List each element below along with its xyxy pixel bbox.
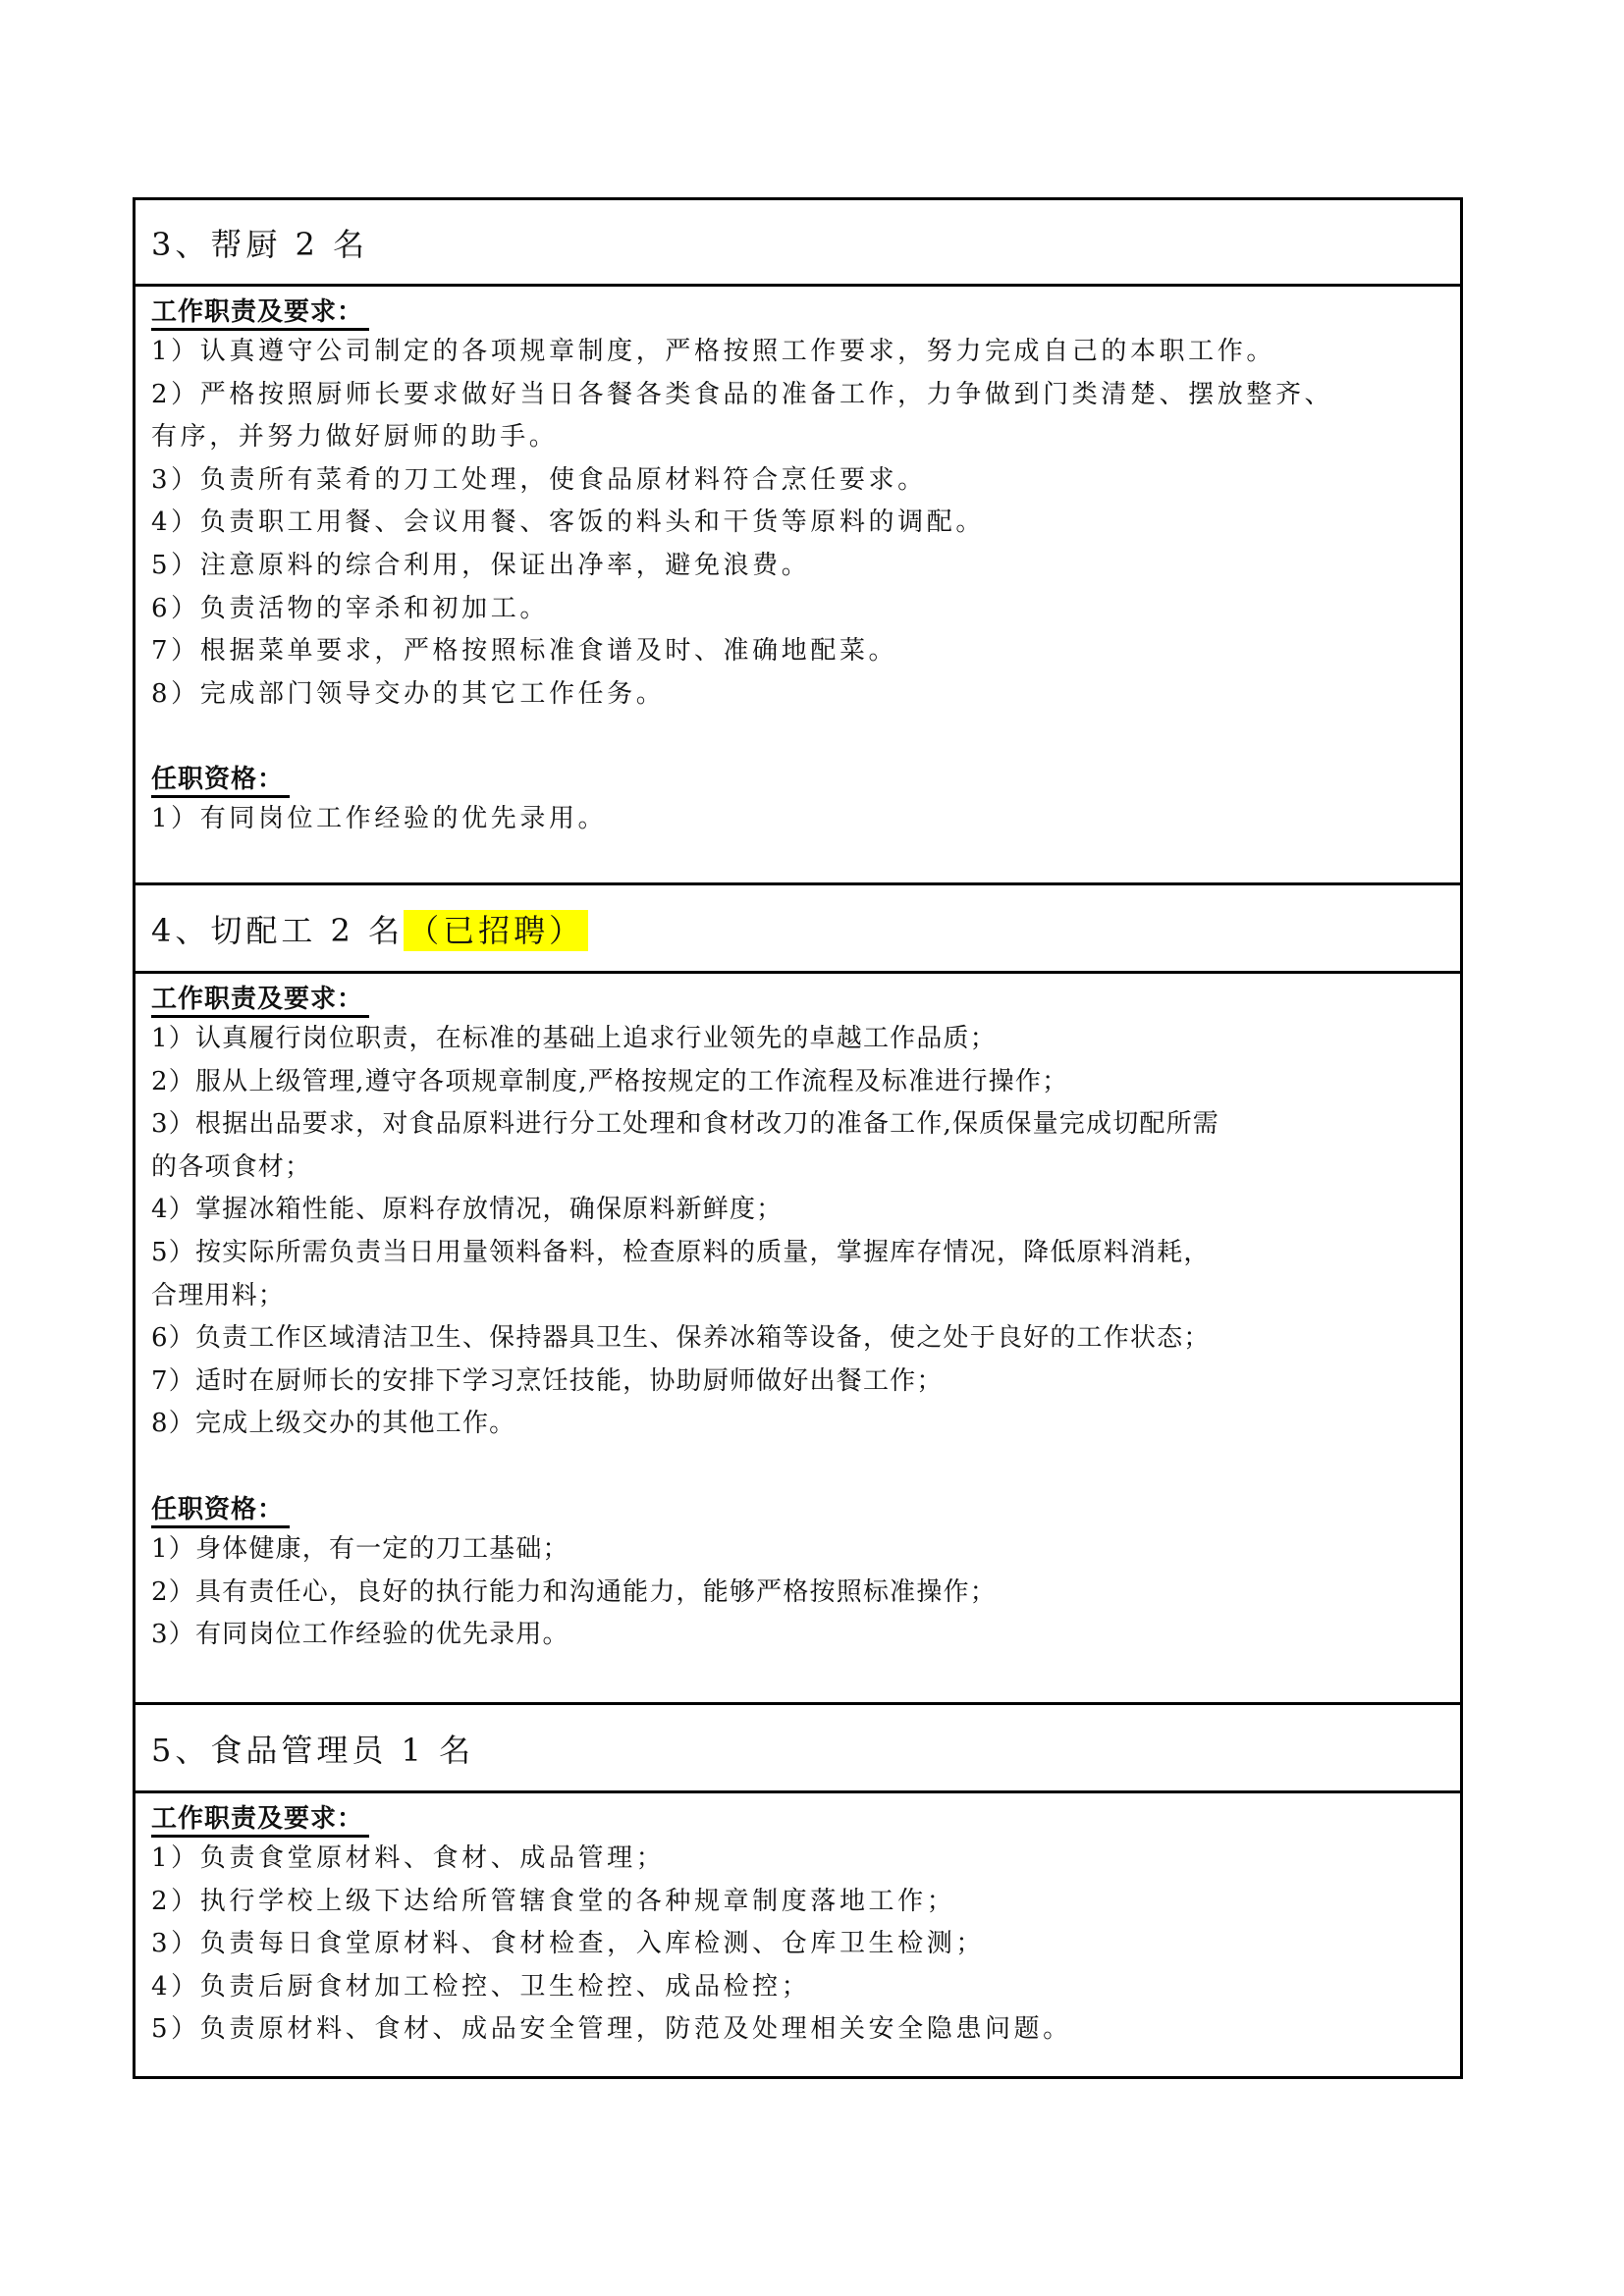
duty-item: 4）掌握冰箱性能、原料存放情况，确保原料新鲜度；: [151, 1189, 1446, 1232]
section-4-body: 工作职责及要求： 1）认真履行岗位职责，在标准的基础上追求行业领先的卓越工作品质…: [135, 974, 1460, 1705]
duty-item: 7）根据菜单要求，严格按照标准食谱及时、准确地配菜。: [151, 630, 1446, 673]
section-4-title: 4、切配工 2 名（已招聘）: [151, 906, 588, 951]
section-3-duties-label: 工作职责及要求：: [151, 296, 369, 331]
duty-item: 7）适时在厨师长的安排下学习烹饪技能，协助厨师做好出餐工作；: [151, 1361, 1446, 1404]
section-4-qualifications-label: 任职资格：: [151, 1494, 290, 1528]
duty-item: 3）负责每日食堂原材料、食材检查，入库检测、仓库卫生检测；: [151, 1923, 1446, 1966]
duty-item: 3）负责所有菜肴的刀工处理，使食品原材料符合烹任要求。: [151, 459, 1446, 503]
status-badge-hired: （已招聘）: [404, 910, 588, 951]
duty-item: 5）负责原材料、食材、成品安全管理，防范及处理相关安全隐患问题。: [151, 2008, 1446, 2052]
duty-item: 2）服从上级管理,遵守各项规章制度,严格按规定的工作流程及标准进行操作；: [151, 1061, 1446, 1104]
duty-item: 5）注意原料的综合利用，保证出净率，避免浪费。: [151, 545, 1446, 588]
duty-item: 6）负责活物的宰杀和初加工。: [151, 588, 1446, 631]
section-5-title-row: 5、食品管理员 1 名: [135, 1705, 1460, 1793]
qualification-item: 1）有同岗位工作经验的优先录用。: [151, 798, 1446, 841]
qualification-item: 3）有同岗位工作经验的优先录用。: [151, 1614, 1446, 1657]
section-5-body: 工作职责及要求： 1）负责食堂原材料、食材、成品管理； 2）执行学校上级下达给所…: [135, 1793, 1460, 2076]
duty-item: 1）认真履行岗位职责，在标准的基础上追求行业领先的卓越工作品质；: [151, 1018, 1446, 1061]
duty-item: 8）完成上级交办的其他工作。: [151, 1403, 1446, 1446]
section-5-title: 5、食品管理员 1 名: [151, 1726, 474, 1771]
job-description-table: 3、帮厨 2 名 工作职责及要求： 1）认真遵守公司制定的各项规章制度，严格按照…: [133, 197, 1463, 2079]
duty-item: 6）负责工作区域清洁卫生、保持器具卫生、保养冰箱等设备，使之处于良好的工作状态；: [151, 1317, 1446, 1361]
section-4-duties-label: 工作职责及要求：: [151, 984, 369, 1018]
section-3-title-row: 3、帮厨 2 名: [135, 200, 1460, 287]
qualification-item: 2）具有责任心，良好的执行能力和沟通能力，能够严格按照标准操作；: [151, 1572, 1446, 1615]
duty-item: 4）负责后厨食材加工检控、卫生检控、成品检控；: [151, 1966, 1446, 2009]
section-5-duties-label: 工作职责及要求：: [151, 1803, 369, 1838]
duty-item: 有序，并努力做好厨师的助手。: [151, 416, 1446, 459]
duty-item: 8）完成部门领导交办的其它工作任务。: [151, 673, 1446, 717]
duty-item: 合理用料；: [151, 1275, 1446, 1318]
section-3-title: 3、帮厨 2 名: [151, 220, 368, 265]
duty-item: 2）严格按照厨师长要求做好当日各餐各类食品的准备工作，力争做到门类清楚、摆放整齐…: [151, 374, 1446, 417]
qualification-item: 1）身体健康，有一定的刀工基础；: [151, 1528, 1446, 1572]
duty-item: 1）认真遵守公司制定的各项规章制度，严格按照工作要求，努力完成自己的本职工作。: [151, 331, 1446, 374]
duty-item: 2）执行学校上级下达给所管辖食堂的各种规章制度落地工作；: [151, 1881, 1446, 1924]
section-4-title-row: 4、切配工 2 名（已招聘）: [135, 885, 1460, 974]
section-3-body: 工作职责及要求： 1）认真遵守公司制定的各项规章制度，严格按照工作要求，努力完成…: [135, 287, 1460, 885]
section-3-qualifications-label: 任职资格：: [151, 764, 290, 798]
duty-item: 4）负责职工用餐、会议用餐、客饭的料头和干货等原料的调配。: [151, 502, 1446, 545]
duty-item: 3）根据出品要求，对食品原料进行分工处理和食材改刀的准备工作,保质保量完成切配所…: [151, 1103, 1446, 1147]
duty-item: 1）负责食堂原材料、食材、成品管理；: [151, 1838, 1446, 1881]
duty-item: 的各项食材；: [151, 1147, 1446, 1190]
duty-item: 5）按实际所需负责当日用量领料备料，检查原料的质量，掌握库存情况，降低原料消耗，: [151, 1232, 1446, 1275]
